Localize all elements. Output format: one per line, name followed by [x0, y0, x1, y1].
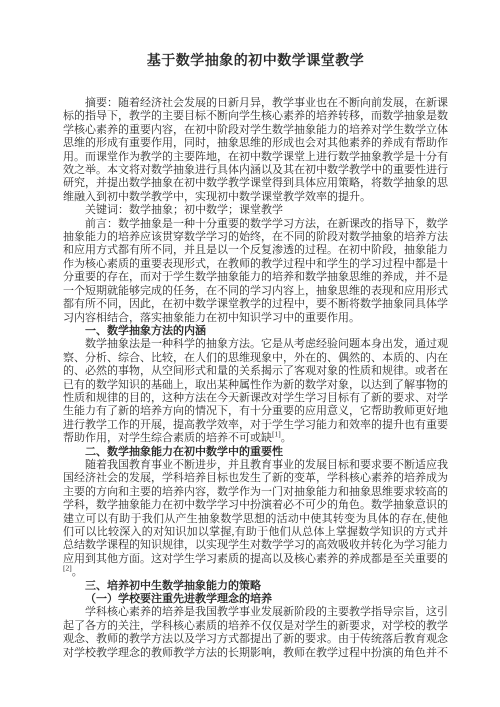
section-1-body-text: 数学抽象法是一种科学的抽象方法。它是从考虑经验问题本身出发，通过观察、分析、综合… [63, 338, 448, 444]
abstract-paragraph: 摘要：随着经济社会发展的日新月异，教学事业也在不断向前发展，在新课标的指导下，教… [63, 97, 448, 204]
page-title: 基于数学抽象的初中数学课堂教学 [63, 54, 448, 70]
reference-marker-1: [1] [272, 430, 281, 439]
section-1-heading: 一、数学抽象方法的内涵 [63, 325, 448, 338]
section-2-paragraph: 随着我国教育事业不断进步，并且教育事业的发展目标和要求要不断适应我国经济社会的发… [63, 459, 448, 580]
section-2-heading: 二、数学抽象能力在初中数学中的重要性 [63, 446, 448, 459]
section-3-1-subheading: （一）学校要注重先进教学理念的培养 [63, 593, 448, 606]
section-3-heading: 三、培养初中生数学抽象能力的策略 [63, 580, 448, 593]
section-2-body-text: 随着我国教育事业不断进步，并且教育事业的发展目标和要求要不断适应我国经济社会的发… [63, 459, 448, 565]
section-1-closing-punct: 。 [281, 432, 292, 444]
section-1-paragraph: 数学抽象法是一种科学的抽象方法。它是从考虑经验问题本身出发，通过观察、分析、综合… [63, 338, 448, 445]
introduction-paragraph: 前言：数学抽象是一种十分重要的数学学习方法，在新课改的指导下，数学抽象能力的培养… [63, 218, 448, 325]
reference-marker-2: [2] [63, 564, 72, 573]
document-page: 基于数学抽象的初中数学课堂教学 摘要：随着经济社会发展的日新月异，教学事业也在不… [0, 0, 500, 707]
keywords-line: 关键词：数学抽象；初中数学；课堂教学 [63, 204, 448, 217]
section-3-paragraph: 学科核心素养的培养是我国教学事业发展新阶段的主要教学指导宗旨，这引起了各方的关注… [63, 606, 448, 660]
section-2-closing-punct: 。 [72, 566, 83, 578]
